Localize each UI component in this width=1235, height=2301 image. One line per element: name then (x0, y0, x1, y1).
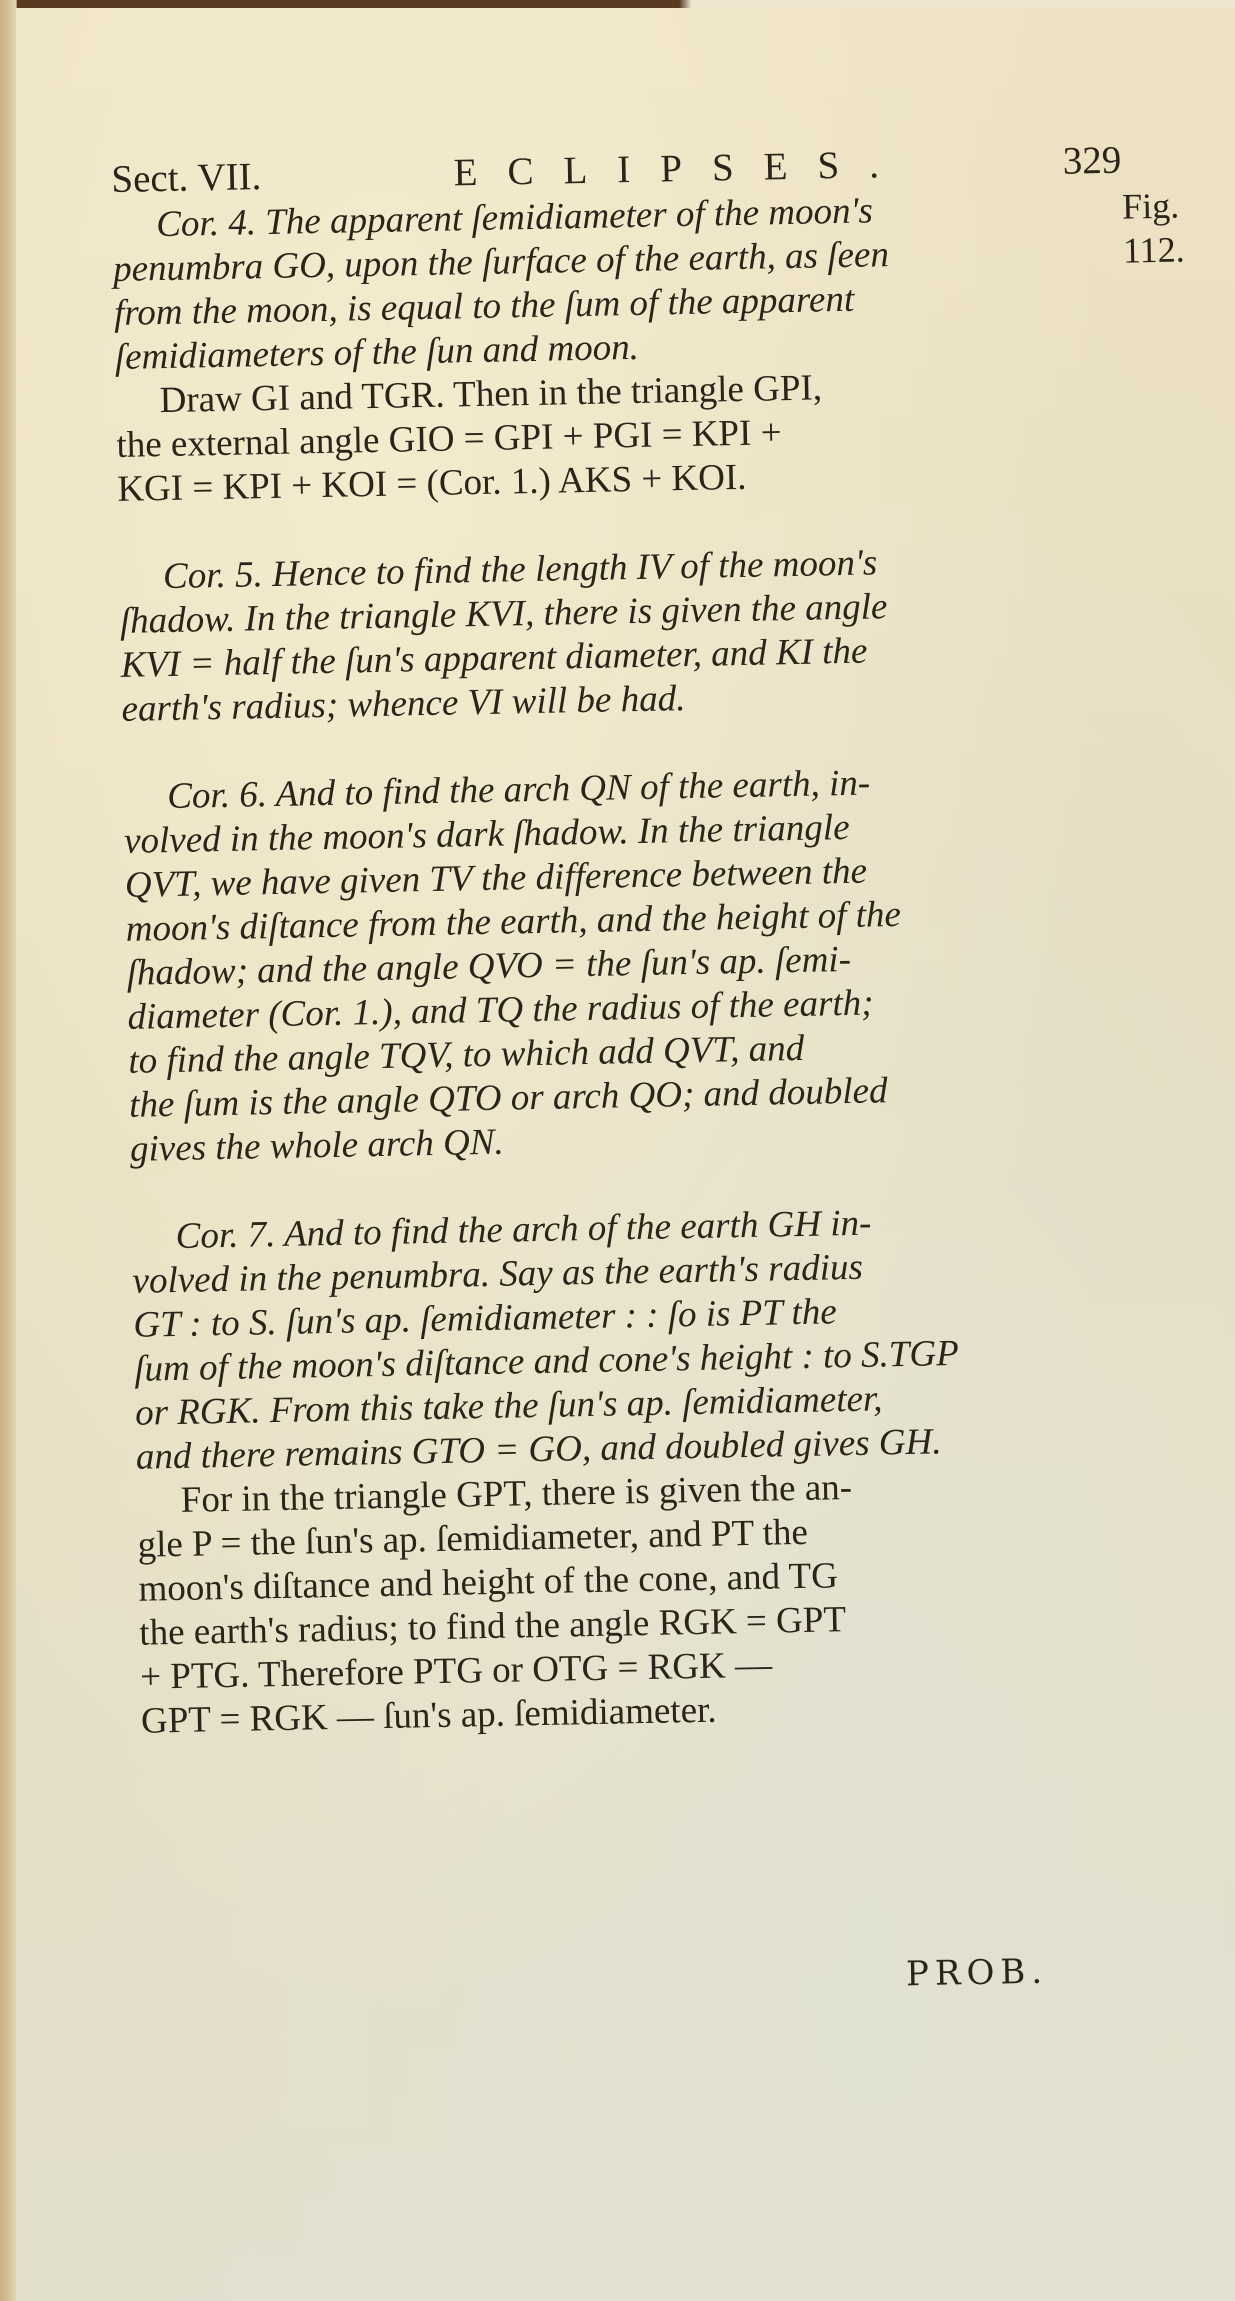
corollary-6: Cor. 6. And to find the arch QN of the e… (123, 756, 1140, 1171)
corollary-4-proof: Draw GI and TGR. Then in the triangle GP… (115, 361, 1127, 512)
page-number: 329 (1041, 139, 1122, 185)
catchword: PROB. (906, 1952, 1049, 1995)
book-gutter (0, 0, 17, 2301)
book-top-edge (0, 0, 1235, 8)
corollary-7-proof: For in the triangle GPT, there is given … (136, 1460, 1151, 1743)
corollary-4: Cor. 4. The apparent ſemidiameter of the… (112, 185, 1125, 380)
corollary-7: Cor. 7. And to find the arch of the eart… (131, 1196, 1146, 1479)
section-label: Sect. VII. (111, 154, 342, 202)
figure-margin-note: Fig. 112. (1122, 183, 1185, 272)
book-page: Sect. VII. ECLIPSES. 329 Fig. 112. Cor. … (16, 8, 1235, 2301)
text-block: Sect. VII. ECLIPSES. 329 Fig. 112. Cor. … (111, 139, 1151, 1744)
figure-number: 112. (1123, 229, 1185, 270)
figure-label: Fig. (1122, 186, 1180, 227)
corollary-5: Cor. 5. Hence to find the length IV of t… (119, 537, 1132, 732)
